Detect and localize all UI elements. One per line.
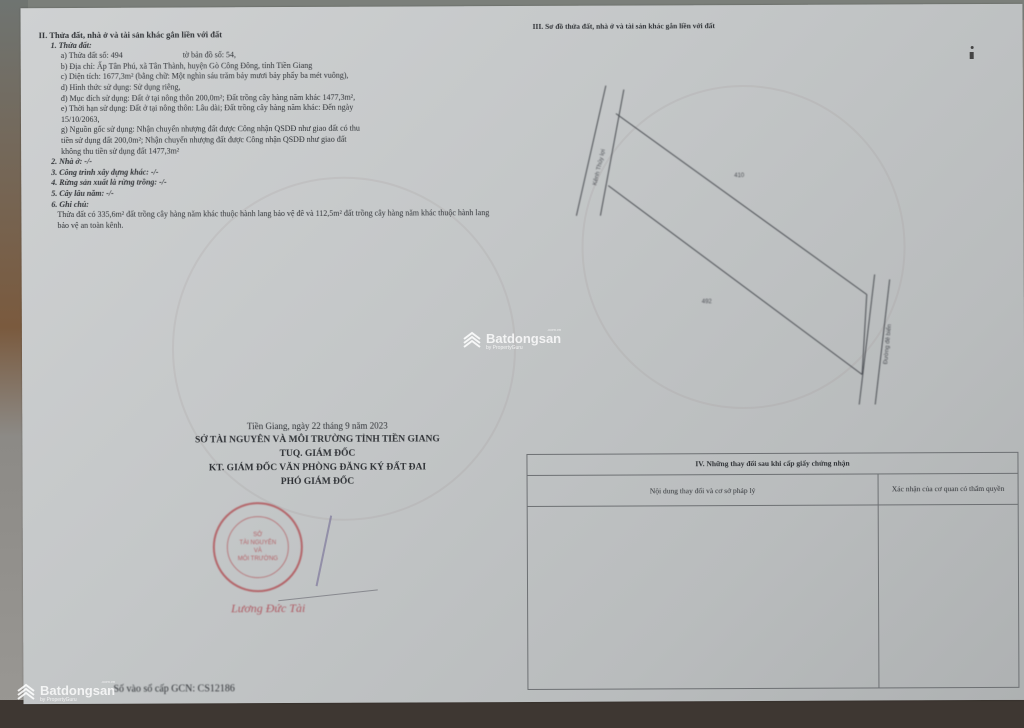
plot-section-title: III. Sơ đồ thửa đất, nhà ở và tài sản kh… — [533, 21, 715, 31]
land-details: a) Thửa đất số: 494tờ bản đồ số: 54,b) Đ… — [39, 49, 509, 157]
watermark-brand: Batdongsan — [486, 332, 561, 345]
stamp-line: MÔI TRƯỜNG — [238, 555, 278, 563]
signature-stroke — [316, 515, 333, 586]
changes-cell-empty — [528, 505, 880, 690]
north-arrow-icon — [969, 46, 975, 76]
certificate-code: Số vào sổ cấp GCN: CS12186 — [113, 683, 234, 695]
boundary-bottom — [608, 185, 862, 376]
changes-table-body — [528, 505, 1019, 690]
stamp-line: TÀI NGUYÊN — [239, 539, 276, 547]
stamp-line: VÀ — [254, 547, 262, 555]
batdongsan-logo-icon — [16, 682, 36, 702]
authority-line-3: KT. GIÁM ĐỐC VĂN PHÒNG ĐĂNG KÝ ĐẤT ĐAI — [152, 460, 482, 475]
watermark-bottom-left: .com.vn Batdongsan by PropertyGuru — [16, 680, 115, 703]
column-authority-confirmation: Xác nhận của cơ quan có thẩm quyền — [879, 474, 1018, 505]
stamp-line: SỞ — [253, 531, 262, 539]
batdongsan-logo-icon — [462, 330, 482, 350]
certificate-page: II. Thửa đất, nhà ở và tài sản khác gắn … — [20, 4, 1024, 704]
plot-diagram: 410 492 Kênh Thủy lợi Đường đê biển — [556, 74, 917, 416]
changes-table-title: IV. Những thay đổi sau khi cấp giấy chứn… — [527, 453, 1017, 476]
background-bottom — [0, 700, 1024, 728]
authority-line-2: TUQ. GIÁM ĐỐC — [152, 446, 482, 461]
watermark-center: .com.vn Batdongsan by PropertyGuru — [462, 328, 561, 351]
stamp-text: SỞTÀI NGUYÊNVÀMÔI TRƯỜNG — [227, 516, 289, 578]
road-edge-left — [859, 274, 876, 404]
authority-line-4: PHÓ GIÁM ĐỐC — [153, 474, 483, 489]
land-info-section: II. Thửa đất, nhà ở và tài sản khác gắn … — [39, 28, 510, 231]
parcel-label-bottom: 492 — [702, 299, 713, 305]
signature-block: Tiền Giang, ngày 22 tháng 9 năm 2023 SỞ … — [152, 418, 482, 489]
canal-label: Kênh Thủy lợi — [591, 148, 607, 186]
parcel-label-top: 410 — [734, 173, 745, 179]
confirmation-cell-empty — [879, 505, 1019, 689]
signer-name: Lương Đức Tài — [231, 601, 305, 616]
parcel-number: a) Thửa đất số: 494 — [61, 51, 123, 60]
place-date: Tiền Giang, ngày 22 tháng 9 năm 2023 — [152, 418, 482, 433]
signature-underline — [278, 589, 378, 601]
other-items: 2. Nhà ở: -/-3. Công trình xây dựng khác… — [39, 155, 509, 210]
authority-name: SỞ TÀI NGUYÊN VÀ MÔI TRƯỜNG TỈNH TIỀN GI… — [152, 432, 482, 447]
map-sheet-number: tờ bản đồ số: 54, — [183, 50, 236, 59]
watermark-brand: Batdongsan — [40, 684, 115, 697]
changes-table-header: Nội dung thay đổi và cơ sở pháp lý Xác n… — [528, 474, 1018, 507]
changes-table: IV. Những thay đổi sau khi cấp giấy chứn… — [526, 452, 1019, 690]
official-stamp: SỞTÀI NGUYÊNVÀMÔI TRƯỜNG — [213, 502, 303, 592]
note-text: Thửa đất có 335,6m² đất trồng cây hàng n… — [39, 208, 497, 231]
column-change-content: Nội dung thay đổi và cơ sở pháp lý — [528, 474, 879, 506]
boundary-top — [616, 113, 867, 296]
